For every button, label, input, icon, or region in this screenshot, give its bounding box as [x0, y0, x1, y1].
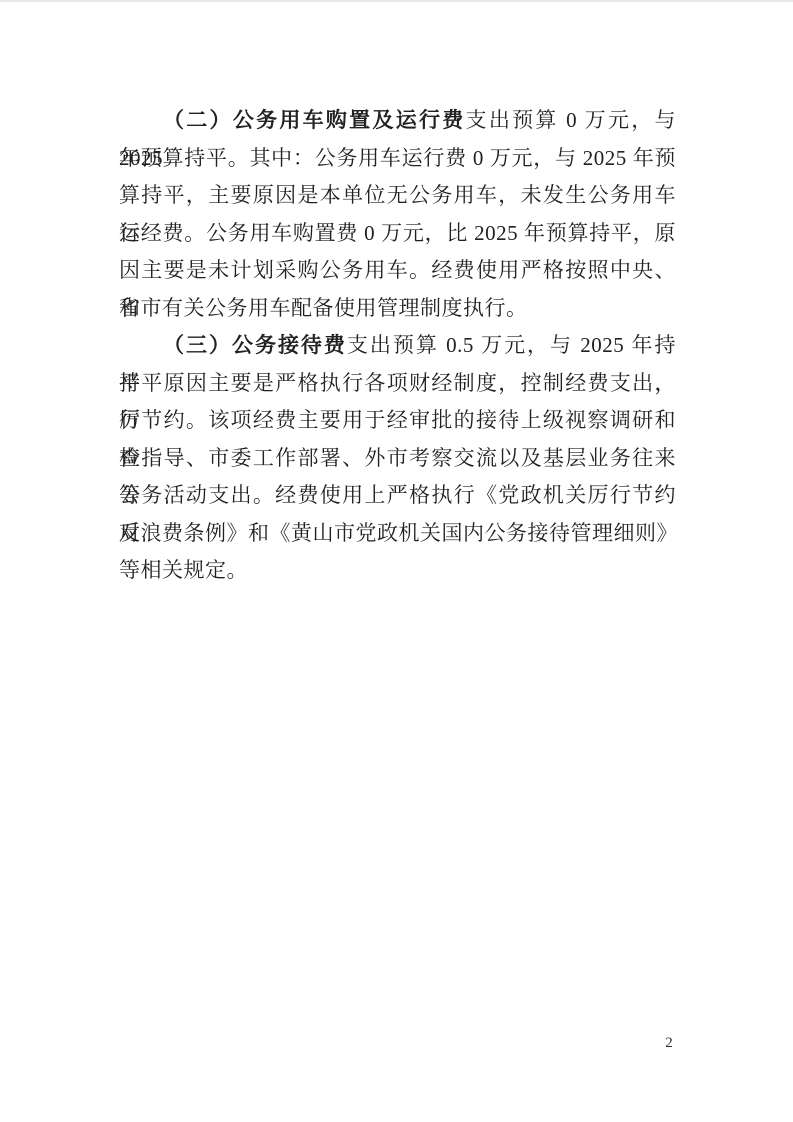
text-segment: 和市有关公务用车配备使用管理制度执行。: [119, 296, 528, 320]
text-line: 和市有关公务用车配备使用管理制度执行。: [119, 290, 676, 328]
text-line: 等相关规定。: [119, 552, 676, 590]
document-page: （二）公务用车购置及运行费支出预算 0 万元，与 2025年预算持平。其中：公务…: [0, 0, 793, 1122]
text-line: （三）公务接待费支出预算 0.5 万元，与 2025 年持平，: [119, 327, 676, 365]
page-number: 2: [655, 1035, 683, 1052]
text-segment-bold: （二）公务用车购置及运行费: [163, 108, 466, 132]
text-line: 查指导、市委工作部署、外市考察交流以及基层业务往来等: [119, 440, 676, 478]
text-segment: 对浪费条例》和《黄山市党政机关国内公务接待管理细则》: [119, 521, 678, 545]
text-line: （二）公务用车购置及运行费支出预算 0 万元，与 2025: [119, 102, 676, 140]
text-segment: 行经费。公务用车购置费 0 万元，比 2025 年预算持平，原: [119, 221, 676, 245]
text-line: 算持平，主要原因是本单位无公务用车，未发生公务用车运: [119, 177, 676, 215]
text-line: 行经费。公务用车购置费 0 万元，比 2025 年预算持平，原: [119, 215, 676, 253]
text-line: 持平原因主要是严格执行各项财经制度，控制经费支出，厉: [119, 365, 676, 403]
text-segment-bold: （三）公务接待费: [163, 333, 347, 357]
text-line: 年预算持平。其中：公务用车运行费 0 万元，与 2025 年预: [119, 140, 676, 178]
text-line: 因主要是未计划采购公务用车。经费使用严格按照中央、省: [119, 252, 676, 290]
text-line: 公务活动支出。经费使用上严格执行《党政机关厉行节约反: [119, 477, 676, 515]
text-line: 行节约。该项经费主要用于经审批的接待上级视察调研和检: [119, 402, 676, 440]
document-body: （二）公务用车购置及运行费支出预算 0 万元，与 2025年预算持平。其中：公务…: [119, 102, 676, 590]
text-line: 对浪费条例》和《黄山市党政机关国内公务接待管理细则》: [119, 515, 676, 553]
text-segment: 年预算持平。其中：公务用车运行费 0 万元，与 2025 年预: [119, 146, 676, 170]
text-segment: 等相关规定。: [119, 558, 248, 582]
